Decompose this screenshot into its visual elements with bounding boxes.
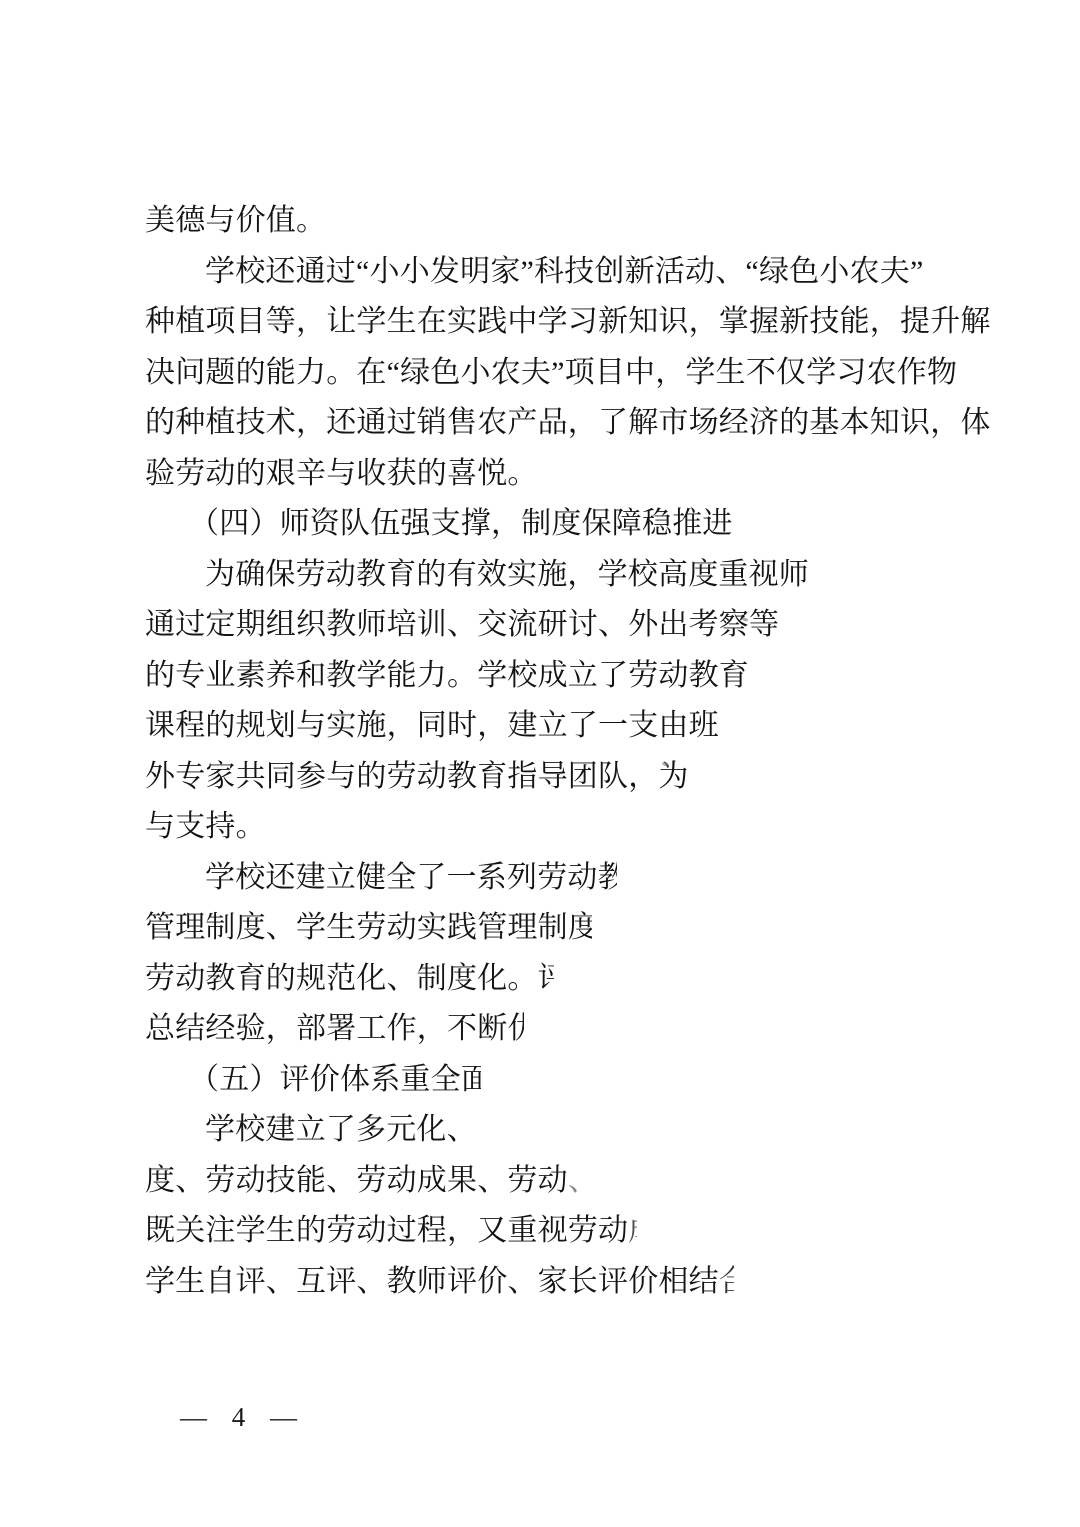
text-line-content: 的种植技术，还通过销售农产品，了解市场经济的基本知识，体: [145, 406, 991, 439]
text-line-content: 通过定期组织教师培训、交流研讨、外出考察等: [145, 608, 779, 641]
text-line-content: 管理制度、学生劳动实践管理制: [145, 911, 568, 944]
text-line: 课程的规划与实施，同时，建立了一支由班: [145, 701, 1045, 752]
text-line-content: 学校建立了多元化、: [205, 1113, 477, 1146]
text-line: 学校建立了多元化、: [145, 1105, 1045, 1156]
text-line: （四）师资队伍强支撑，制度保障稳推进: [145, 499, 1045, 550]
cut-off-character: 面: [461, 1055, 481, 1106]
text-line: 美德与价值。: [145, 196, 1045, 247]
cut-off-character: 、: [568, 1156, 592, 1207]
text-line-content: 的专业素养和教学能力。学校成立了劳动教育: [145, 659, 749, 692]
text-line: 管理制度、学生劳动实践管理制度: [145, 903, 1045, 954]
cut-off-character: 合: [719, 1257, 734, 1308]
cut-off-character: 优: [507, 1004, 524, 1055]
text-block: 美德与价值。学校还通过“小小发明家”科技创新活动、“绿色小农夫”种植项目等，让学…: [145, 196, 1045, 1307]
text-line: 验劳动的艰辛与收获的喜悦。: [145, 449, 1045, 500]
page-number: — 4 —: [180, 1402, 300, 1433]
text-line-content: 为确保劳动教育的有效实施，学校高度重视师: [205, 558, 809, 591]
text-line: 学校还建立健全了一系列劳动教: [145, 853, 1045, 904]
text-line-content: 学生自评、互评、教师评价、家长评价相结: [145, 1265, 719, 1298]
text-line: 总结经验，部署工作，不断优: [145, 1004, 1045, 1055]
text-line: 学校还通过“小小发明家”科技创新活动、“绿色小农夫”: [145, 247, 1045, 298]
text-line-content: 与支持。: [145, 810, 266, 843]
text-line: 既关注学生的劳动过程，又重视劳动成: [145, 1206, 1045, 1257]
text-line: 学生自评、互评、教师评价、家长评价相结合: [145, 1257, 1045, 1308]
text-line-content: 外专家共同参与的劳动教育指导团队，为: [145, 760, 689, 793]
text-line-content: 既关注学生的劳动过程，又重视劳动: [145, 1214, 628, 1247]
text-line-content: 美德与价值。: [145, 204, 326, 237]
text-line-content: （四）师资队伍强支撑，制度保障稳推进: [189, 507, 733, 540]
text-line: 通过定期组织教师培训、交流研讨、外出考察等: [145, 600, 1045, 651]
text-line-content: 验劳动的艰辛与收获的喜悦。: [145, 457, 538, 490]
text-line-content: 度、劳动技能、劳动成果、劳动: [145, 1164, 568, 1197]
text-line: （五）评价体系重全面: [145, 1055, 1045, 1106]
text-line-content: 劳动教育的规范化、制度化。: [145, 962, 538, 995]
text-line: 决问题的能力。在“绿色小农夫”项目中，学生不仅学习农作物: [145, 348, 1045, 399]
text-line-content: 课程的规划与实施，同时，建立了一支由班: [145, 709, 719, 742]
cut-off-character: 评: [538, 954, 555, 1005]
text-line-content: 决问题的能力。在“绿色小农夫”项目中，学生不仅学习农作物: [145, 356, 957, 389]
cut-off-character: 度: [568, 903, 593, 954]
text-line: 劳动教育的规范化、制度化。评: [145, 954, 1045, 1005]
text-line-content: 种植项目等，让学生在实践中学习新知识，掌握新技能，提升解: [145, 305, 991, 338]
cut-off-character: 教: [598, 853, 618, 904]
text-line: 外专家共同参与的劳动教育指导团队，为: [145, 752, 1045, 803]
text-line: 种植项目等，让学生在实践中学习新知识，掌握新技能，提升解: [145, 297, 1045, 348]
text-line: 的种植技术，还通过销售农产品，了解市场经济的基本知识，体: [145, 398, 1045, 449]
document-page: 美德与价值。学校还通过“小小发明家”科技创新活动、“绿色小农夫”种植项目等，让学…: [0, 0, 1080, 1527]
text-line-content: 学校还通过“小小发明家”科技创新活动、“绿色小农夫”: [205, 255, 923, 288]
text-line: 度、劳动技能、劳动成果、劳动、: [145, 1156, 1045, 1207]
text-line: 与支持。: [145, 802, 1045, 853]
cut-off-character: 成: [628, 1206, 637, 1257]
text-line-content: 学校还建立健全了一系列劳动: [205, 861, 598, 894]
text-line: 的专业素养和教学能力。学校成立了劳动教育: [145, 651, 1045, 702]
text-line-content: （五）评价体系重全: [189, 1063, 461, 1096]
text-line: 为确保劳动教育的有效实施，学校高度重视师: [145, 550, 1045, 601]
text-line-content: 总结经验，部署工作，不断: [145, 1012, 507, 1045]
